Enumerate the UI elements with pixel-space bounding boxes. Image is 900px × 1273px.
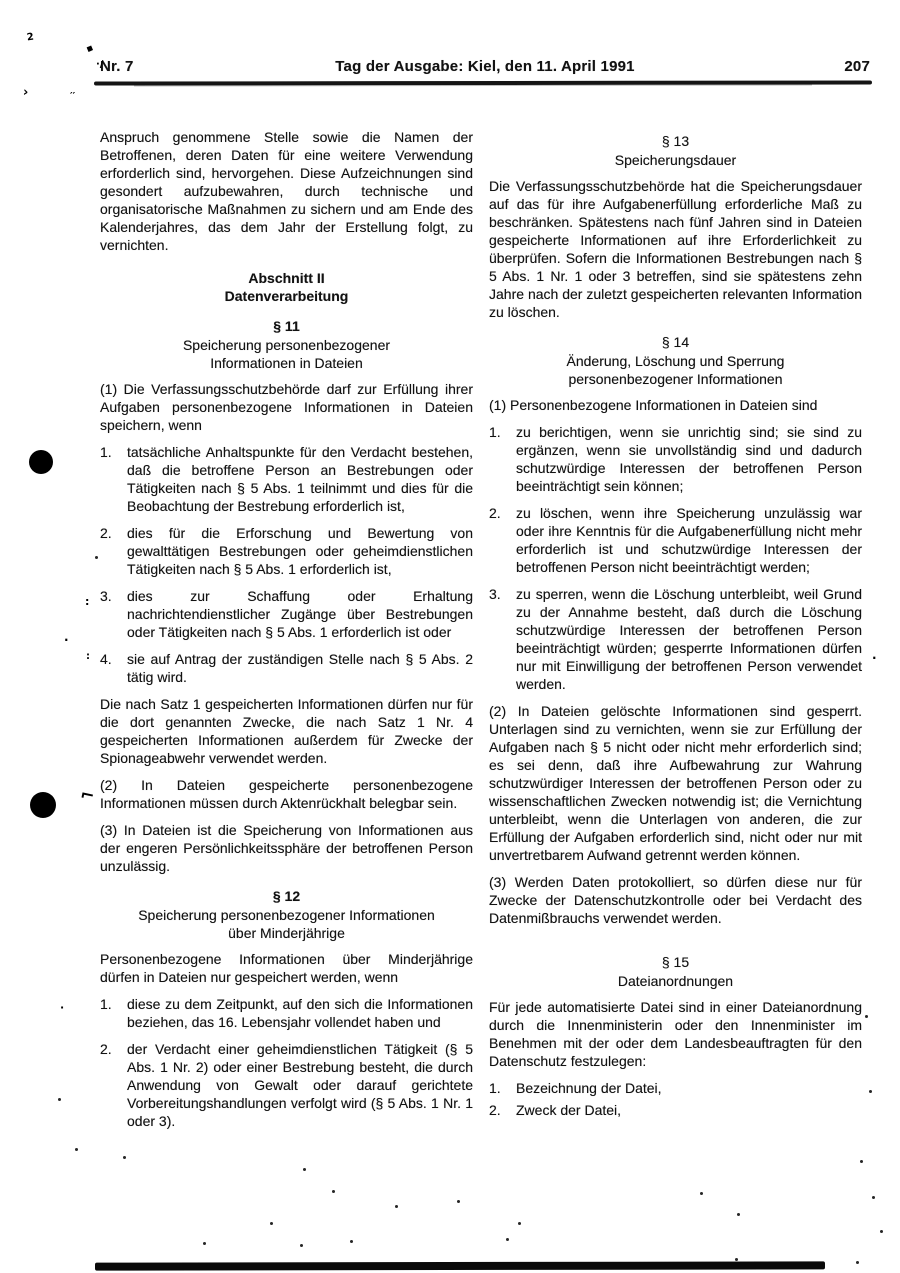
paragraph-13-number: § 13 — [489, 132, 862, 150]
list-item: 2. dies für die Erforschung und Bewertun… — [100, 524, 473, 578]
issue-number: Nr. 7 — [100, 58, 270, 75]
list-item-text: zu berichtigen, wenn sie unrichtig sind;… — [516, 423, 862, 495]
paragraph-14-title-line1: Änderung, Löschung und Sperrung — [489, 352, 862, 370]
list-item-number: 2. — [489, 1101, 516, 1119]
list-item-text: der Verdacht einer geheimdienstlichen Tä… — [127, 1040, 473, 1130]
scan-margin-mark: · — [872, 652, 877, 664]
paragraph-15-heading: § 15 Dateianordnungen — [489, 953, 862, 990]
list-item-number: 4. — [100, 650, 127, 686]
list-item-number: 1. — [100, 995, 127, 1031]
list-item-number: 2. — [100, 524, 127, 578]
list-item-text: sie auf Antrag der zuständigen Stelle na… — [127, 650, 473, 686]
section-heading-line1: Abschnitt II — [100, 269, 473, 287]
paragraph: (1) Die Verfassungsschutzbehörde darf zu… — [100, 380, 473, 434]
list-item-number: 2. — [100, 1040, 127, 1130]
list-item: 4. sie auf Antrag der zuständigen Stelle… — [100, 650, 473, 686]
paragraph: Personenbezogene Informationen über Mind… — [100, 950, 473, 986]
scan-speckle — [860, 1160, 863, 1163]
paragraph-11-title-line1: Speicherung personenbezogener — [100, 336, 473, 354]
header-rule — [94, 80, 872, 85]
paragraph: Die Verfassungsschutzbehörde hat die Spe… — [489, 177, 862, 321]
scan-speckle — [123, 1156, 126, 1159]
scan-speckle — [457, 1200, 460, 1203]
paragraph-11-title-line2: Informationen in Dateien — [100, 354, 473, 372]
paragraph: Die nach Satz 1 gespeicherten Informatio… — [100, 695, 473, 767]
page-header: Nr. 7 Tag der Ausgabe: Kiel, den 11. Apr… — [100, 58, 870, 75]
list-item: 2. zu löschen, wenn ihre Speicherung unz… — [489, 504, 862, 576]
paragraph-intro-continuation: Anspruch genommene Stelle sowie die Name… — [100, 128, 473, 254]
list-item-text: diese zu dem Zeitpunkt, auf den sich die… — [127, 995, 473, 1031]
paragraph: (1) Personenbezogene Informationen in Da… — [489, 396, 862, 414]
list-item: 1. diese zu dem Zeitpunkt, auf den sich … — [100, 995, 473, 1031]
paragraph-12-heading: § 12 Speicherung personenbezogener Infor… — [100, 887, 473, 942]
scan-speckle — [332, 1190, 335, 1193]
list-item-text: zu sperren, wenn die Löschung unterbleib… — [516, 585, 862, 693]
scan-speckle — [737, 1213, 740, 1216]
paragraph-12-title-line2: über Minderjährige — [100, 924, 473, 942]
punch-hole-dot — [29, 450, 53, 474]
paragraph: (3) Werden Daten protokolliert, so dürfe… — [489, 873, 862, 927]
list-item: 1. Bezeichnung der Datei, — [489, 1079, 862, 1097]
paragraph-12-title-line1: Speicherung personenbezogener Informatio… — [100, 906, 473, 924]
scan-speckle — [395, 1205, 398, 1208]
section-heading: Abschnitt II Datenverarbeitung — [100, 269, 473, 305]
scan-speckle — [700, 1192, 703, 1195]
file-order-list: 1. Bezeichnung der Datei, 2. Zweck der D… — [489, 1079, 862, 1119]
list-item-number: 1. — [489, 1079, 516, 1097]
scan-margin-mark: : — [85, 596, 89, 607]
list-item-number: 1. — [100, 443, 127, 515]
section-heading-line2: Datenverarbeitung — [100, 287, 473, 305]
list-item: 3. dies zur Schaffung oder Erhaltung nac… — [100, 587, 473, 641]
paragraph-15-title: Dateianordnungen — [489, 972, 862, 990]
paragraph-12-number: § 12 — [100, 887, 473, 905]
list-item-text: dies zur Schaffung oder Erhaltung nachri… — [127, 587, 473, 641]
scan-speckle — [203, 1242, 206, 1245]
right-column: § 13 Speicherungsdauer Die Verfassungssc… — [489, 128, 862, 1139]
paragraph-14-heading: § 14 Änderung, Löschung und Sperrung per… — [489, 333, 862, 388]
scan-speckle — [270, 1222, 273, 1225]
scan-speckle — [506, 1238, 509, 1241]
edition-title: Tag der Ausgabe: Kiel, den 11. April 199… — [270, 58, 700, 75]
scanned-gazette-page: Nr. 7 Tag der Ausgabe: Kiel, den 11. Apr… — [0, 0, 900, 1273]
paragraph-14-number: § 14 — [489, 333, 862, 351]
scan-speckle — [75, 1148, 78, 1151]
scan-speckle — [58, 1098, 61, 1101]
scan-speckle — [95, 556, 98, 559]
scan-margin-mark: · — [60, 1002, 64, 1013]
scan-margin-mark: › — [22, 86, 29, 99]
list-item: 2. Zweck der Datei, — [489, 1101, 862, 1119]
list-item: 1. tatsächliche Anhaltspunkte für den Ve… — [100, 443, 473, 515]
scan-margin-mark: ◆ — [85, 44, 95, 55]
punch-hole-dot — [30, 792, 56, 818]
scan-speckle — [300, 1244, 303, 1247]
list-item-number: 3. — [489, 585, 516, 693]
list-item: 1. zu berichtigen, wenn sie unrichtig si… — [489, 423, 862, 495]
paragraph: (2) In Dateien gespeicherte personenbezo… — [100, 776, 473, 812]
paragraph: (2) In Dateien gelöschte Informationen s… — [489, 702, 862, 864]
paragraph-11-number: § 11 — [100, 317, 473, 335]
list-item-number: 3. — [100, 587, 127, 641]
list-item-text: tatsächliche Anhaltspunkte für den Verda… — [127, 443, 473, 515]
scan-speckle — [880, 1230, 883, 1233]
paragraph-15-number: § 15 — [489, 953, 862, 971]
scan-speckle — [350, 1240, 353, 1243]
list-item-text: zu löschen, wenn ihre Speicherung unzulä… — [516, 504, 862, 576]
left-column: Anspruch genommene Stelle sowie die Name… — [100, 128, 473, 1139]
text-columns: Anspruch genommene Stelle sowie die Name… — [100, 128, 862, 1139]
list-item: 3. zu sperren, wenn die Löschung unterbl… — [489, 585, 862, 693]
paragraph-14-title-line2: personenbezogener Informationen — [489, 370, 862, 388]
scan-speckle — [856, 1261, 859, 1264]
list-item: 2. der Verdacht einer geheimdienstlichen… — [100, 1040, 473, 1130]
scan-speckle — [865, 1015, 868, 1018]
scan-speckle — [869, 1090, 872, 1093]
paragraph-11-heading: § 11 Speicherung personenbezogener Infor… — [100, 317, 473, 372]
paragraph-13-heading: § 13 Speicherungsdauer — [489, 132, 862, 169]
page-bottom-scan-bar — [95, 1261, 825, 1270]
list-item-text: dies für die Erforschung und Bewertung v… — [127, 524, 473, 578]
scan-margin-mark: 2 — [26, 33, 34, 44]
list-item-text: Bezeichnung der Datei, — [516, 1079, 862, 1097]
scan-margin-mark: · — [64, 634, 69, 646]
scan-speckle — [303, 1168, 306, 1171]
scan-margin-mark: : — [86, 652, 90, 662]
list-item-text: Zweck der Datei, — [516, 1101, 862, 1119]
scan-margin-mark: ′′ — [70, 92, 75, 102]
list-item-number: 2. — [489, 504, 516, 576]
scan-speckle — [518, 1222, 521, 1225]
scan-margin-mark: ⌐ — [78, 787, 95, 807]
scan-speckle — [872, 1196, 875, 1199]
list-item-number: 1. — [489, 423, 516, 495]
paragraph-13-title: Speicherungsdauer — [489, 151, 862, 169]
paragraph: Für jede automatisierte Datei sind in ei… — [489, 998, 862, 1070]
page-number: 207 — [700, 58, 870, 75]
paragraph: (3) In Dateien ist die Speicherung von I… — [100, 821, 473, 875]
